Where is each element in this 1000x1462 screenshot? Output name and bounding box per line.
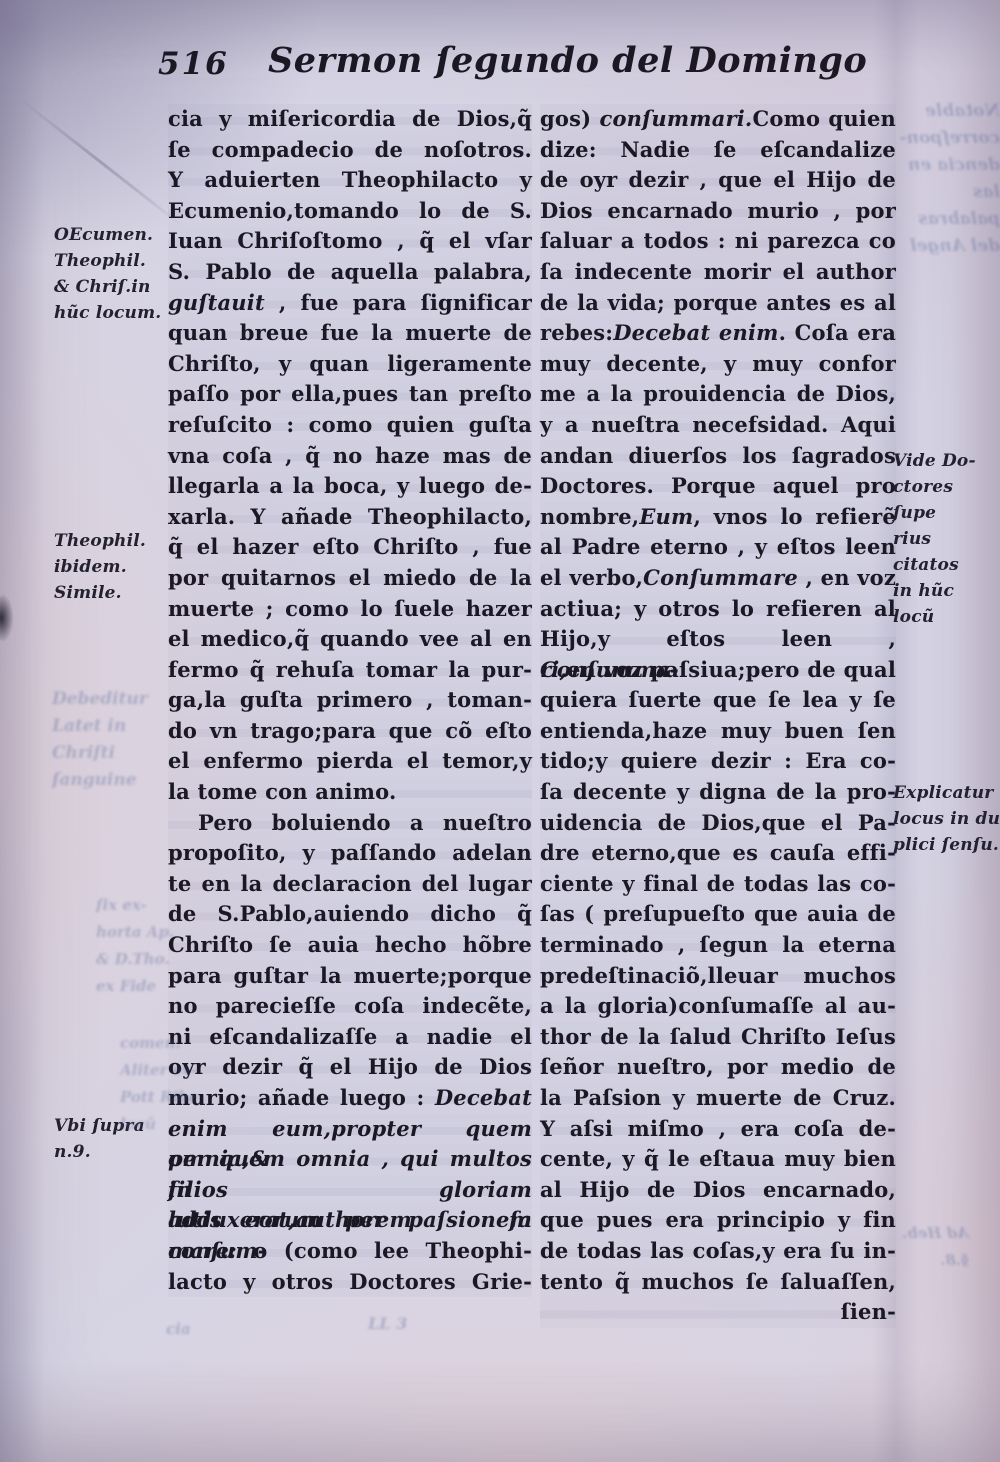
margin-note: Theophil.ibidem.Simile. bbox=[54, 528, 166, 606]
text-line: cente, y q̃ le eſtaua muy bien bbox=[540, 1144, 896, 1175]
text-line: de todas las coſas,y era ſu in- bbox=[540, 1236, 896, 1267]
text-segment: para guſtar la muerte;porque bbox=[168, 963, 532, 988]
text-line: ſeñor nueſtro, por medio de bbox=[540, 1052, 896, 1083]
text-line: terminado , ſegun la eterna bbox=[540, 930, 896, 961]
text-line: lutis eorum per paſsionem conſum- bbox=[168, 1205, 532, 1236]
text-segment: q̃ el hazer eſto Chriſto , fue bbox=[168, 534, 532, 559]
text-segment: ſa decente y digna de la pro- bbox=[540, 779, 896, 804]
text-line: ſas ( preſupueſto que auia de bbox=[540, 899, 896, 930]
bleedthrough-text: LL 3 bbox=[368, 1310, 407, 1337]
margin-note-line: OEcumen. bbox=[54, 222, 166, 248]
text-line: muerte ; como lo ſuele hazer bbox=[168, 594, 532, 625]
text-line: y a nueſtra necefsidad. Aqui bbox=[540, 410, 896, 441]
text-line: actiua; y otros lo refieren al bbox=[540, 594, 896, 625]
text-segment: paſſo por ella,pues tan preſto bbox=[168, 381, 532, 406]
text-segment: dre eterno,que es cauſa effi- bbox=[540, 840, 896, 865]
text-segment: Pero boluiendo a nueſtro bbox=[198, 810, 532, 835]
text-segment: y a nueſtra necefsidad. Aqui bbox=[540, 412, 896, 437]
text-segment: propoſito, y paſſando adelan bbox=[168, 840, 532, 865]
text-line: mare: o (como lee Theophi- bbox=[168, 1236, 532, 1267]
text-line: guſtauit , fue para ſignificar bbox=[168, 288, 532, 319]
text-line: nombre,Eum, vnos lo refierẽ bbox=[540, 502, 896, 533]
text-segment: Doctores. Porque aquel pro bbox=[540, 473, 896, 498]
text-segment: vna coſa , q̃ no haze mas de bbox=[168, 443, 532, 468]
text-segment: murio; añade luego : bbox=[168, 1085, 435, 1110]
text-line: tento q̃ muchos ſe ſaluaſſen, bbox=[540, 1267, 896, 1298]
text-segment: a la gloria)conſumaſſe al au- bbox=[540, 993, 896, 1018]
margin-note-line: plici ſenſu. bbox=[893, 832, 1000, 858]
text-segment: ga,la guſta primero , toman- bbox=[168, 687, 532, 712]
bleedthrough-line: ſix ex- bbox=[96, 892, 174, 919]
text-line: thor de la ſalud Chriſto Ieſus bbox=[540, 1022, 896, 1053]
margin-note-line: in hũc locũ bbox=[893, 578, 1000, 630]
text-segment: S. Pablo de aquella palabra, bbox=[168, 259, 532, 284]
text-segment: nombre, bbox=[540, 504, 639, 529]
text-line: uidencia de Dios,que el Pa- bbox=[540, 808, 896, 839]
margin-note: OEcumen.Theophil.& Chriſ.inhũc locum. bbox=[54, 222, 166, 326]
text-segment: el verbo, bbox=[540, 565, 643, 590]
text-segment: que pues era principio y fin bbox=[540, 1207, 896, 1232]
text-line: Y aduierten Theophilacto y bbox=[168, 165, 532, 196]
text-segment: terminado , ſegun la eterna bbox=[540, 932, 896, 957]
text-segment: fermo q̃ rehuſa tomar la pur- bbox=[168, 657, 532, 682]
bleedthrough-line: horta Ap. bbox=[96, 919, 174, 946]
text-segment: gos) bbox=[540, 106, 599, 131]
text-line: el verbo,Conſummare , en voz bbox=[540, 563, 896, 594]
text-segment: Dios encarnado murio , por bbox=[540, 198, 896, 223]
text-line: paſſo por ella,pues tan preſto bbox=[168, 379, 532, 410]
text-segment: actiua; y otros lo refieren al bbox=[540, 596, 896, 621]
margin-note-line: Vbi ſupra bbox=[54, 1113, 166, 1139]
text-line: murio; añade luego : Decebat bbox=[168, 1083, 532, 1114]
text-segment: en voz paſsiua;pero de qual bbox=[567, 657, 896, 682]
text-segment: entienda,haze muy buen ſen bbox=[540, 718, 896, 743]
text-line: gos) conſummari.Como quien bbox=[540, 104, 896, 135]
text-line: quan breue fue la muerte de bbox=[168, 318, 532, 349]
text-line: Dios encarnado murio , por bbox=[540, 196, 896, 227]
text-segment: llegarla a la boca, y luego de- bbox=[168, 473, 532, 498]
bleedthrough-line: Debeditur bbox=[52, 686, 148, 713]
text-line: de la vida; porque antes es al bbox=[540, 288, 896, 319]
text-segment: quiera ſuerte que ſe lea y ſe bbox=[540, 687, 896, 712]
text-segment: muy decente, y muy confor bbox=[540, 351, 896, 376]
bleedthrough-text: ſix ex-horta Ap.& D.Tho.ex Fide bbox=[96, 892, 174, 1000]
text-segment: ſas ( preſupueſto que auia de bbox=[540, 901, 896, 926]
text-line: para guſtar la muerte;porque bbox=[168, 961, 532, 992]
book-page-scan: 516 Sermon ſegundo del Domingo cia y miſ… bbox=[0, 0, 1000, 1462]
text-segment: me a la prouidencia de Dios, bbox=[540, 381, 896, 406]
text-line: a la gloria)conſumaſſe al au- bbox=[540, 991, 896, 1022]
text-line: reſuſcito : como quien guſta bbox=[168, 410, 532, 441]
text-segment: do vn trago;para que cõ eſto bbox=[168, 718, 532, 743]
text-segment: de todas las coſas,y era ſu in- bbox=[540, 1238, 896, 1263]
text-segment: por quitarnos el miedo de la bbox=[168, 565, 532, 590]
latin-italic-segment: Decebat enim bbox=[613, 320, 778, 345]
latin-italic-segment: Conſummare bbox=[643, 565, 798, 590]
text-line: do vn trago;para que cõ eſto bbox=[168, 716, 532, 747]
margin-note-line: rius citatos bbox=[893, 526, 1000, 578]
text-segment: , en voz bbox=[798, 565, 896, 590]
text-segment: ciente y final de todas las co- bbox=[540, 871, 896, 896]
text-line: muy decente, y muy confor bbox=[540, 349, 896, 380]
text-segment: ſeñor nueſtro, por medio de bbox=[540, 1054, 896, 1079]
bleedthrough-line: Latet in bbox=[52, 713, 148, 740]
text-segment: Iuan Chriſoſtomo , q̃ el vſar bbox=[168, 228, 532, 253]
page-number: 516 bbox=[158, 46, 229, 82]
text-segment: . Coſa era bbox=[779, 320, 896, 345]
bleedthrough-line: ex Fide bbox=[96, 973, 174, 1000]
text-segment: o (como lee Theophi- bbox=[237, 1238, 532, 1263]
text-line: ri,en voz paſsiua;pero de qual bbox=[540, 655, 896, 686]
margin-note-line: hũc locum. bbox=[54, 300, 166, 326]
bleedthrough-line: LL 3 bbox=[368, 1310, 407, 1337]
ink-blot bbox=[0, 593, 14, 643]
text-line: ſa indecente morir el author bbox=[540, 257, 896, 288]
margin-note-line: locus in du bbox=[893, 806, 1000, 832]
text-line: andan diuerſos los ſagrados bbox=[540, 441, 896, 472]
latin-italic-segment: mare: bbox=[168, 1238, 237, 1263]
column-right: gos) conſummari.Como quiendize: Nadie ſe… bbox=[540, 104, 896, 1328]
margin-note-line: Vide Do- bbox=[893, 448, 1000, 474]
latin-italic-segment: guſtauit bbox=[168, 290, 265, 315]
text-line: Pero boluiendo a nueſtro bbox=[168, 808, 532, 839]
catchword-line: ſien- bbox=[540, 1297, 896, 1328]
text-line: la tome con animo. bbox=[168, 777, 532, 808]
text-line: al Padre eterno , y eſtos leen bbox=[540, 532, 896, 563]
text-segment: ſaluar a todos : ni parezca co bbox=[540, 228, 896, 253]
text-line: ſe compadecio de noſotros. bbox=[168, 135, 532, 166]
margin-note-line: Theophil. bbox=[54, 528, 166, 554]
margin-note: Vide Do-ctores ſuperius citatosin hũc lo… bbox=[893, 448, 1000, 630]
text-segment: uidencia de Dios,que el Pa- bbox=[540, 810, 896, 835]
text-line: dize: Nadie ſe eſcandalize bbox=[540, 135, 896, 166]
latin-italic-segment: Decebat bbox=[435, 1085, 532, 1110]
text-segment: Hijo,y eſtos leen , bbox=[540, 626, 896, 651]
text-line: propoſito, y paſſando adelan bbox=[168, 838, 532, 869]
text-line: xarla. Y añade Theophilacto, bbox=[168, 502, 532, 533]
text-line: lacto y otros Doctores Grie- bbox=[168, 1267, 532, 1298]
text-line: que pues era principio y fin bbox=[540, 1205, 896, 1236]
text-line: Hijo,y eſtos leen , Conſumma- bbox=[540, 624, 896, 655]
text-line: ſaluar a todos : ni parezca co bbox=[540, 226, 896, 257]
text-segment: cia y miſericordia de Dios,q̃ bbox=[168, 106, 532, 131]
text-segment: el medico,q̃ quando vee al en bbox=[168, 626, 532, 651]
text-segment: de S.Pablo,auiendo dicho q̃ bbox=[168, 901, 532, 926]
text-line: S. Pablo de aquella palabra, bbox=[168, 257, 532, 288]
bleedthrough-text: DebediturLatet inChriſtiſanguine bbox=[52, 686, 148, 794]
text-segment: Y aduierten Theophilacto y bbox=[168, 167, 532, 192]
text-line: ſa decente y digna de la pro- bbox=[540, 777, 896, 808]
text-segment: , vnos lo refierẽ bbox=[693, 504, 896, 529]
text-line: llegarla a la boca, y luego de- bbox=[168, 471, 532, 502]
text-line: el medico,q̃ quando vee al en bbox=[168, 624, 532, 655]
text-segment: Ecumenio,tomando lo de S. bbox=[168, 198, 532, 223]
text-line: vna coſa , q̃ no haze mas de bbox=[168, 441, 532, 472]
text-segment: , fue para ſignificar bbox=[265, 290, 532, 315]
text-segment: xarla. Y añade Theophilacto, bbox=[168, 504, 532, 529]
margin-note-line: ctores ſupe bbox=[893, 474, 1000, 526]
text-line: oyr dezir q̃ el Hijo de Dios bbox=[168, 1052, 532, 1083]
text-line: enim eum,propter quem omnia,& bbox=[168, 1114, 532, 1145]
text-segment: rebes: bbox=[540, 320, 613, 345]
text-segment: la Paſsion y muerte de Cruz. bbox=[540, 1085, 896, 1110]
text-segment: reſuſcito : como quien guſta bbox=[168, 412, 532, 437]
text-line: te en la declaracion del lugar bbox=[168, 869, 532, 900]
bleedthrough-line: Chriſti bbox=[52, 740, 148, 767]
text-line: Chriſto, y quan ligeramente bbox=[168, 349, 532, 380]
text-segment: Chriſto ſe auia hecho hõbre bbox=[168, 932, 532, 957]
text-segment: ſe compadecio de noſotros. bbox=[168, 137, 532, 162]
page-title: Sermon ſegundo del Domingo bbox=[268, 40, 828, 81]
margin-note-line: n.9. bbox=[54, 1139, 166, 1165]
text-segment: de la vida; porque antes es al bbox=[540, 290, 896, 315]
latin-italic-segment: Eum bbox=[639, 504, 693, 529]
text-segment: dize: Nadie ſe eſcandalize bbox=[540, 137, 896, 162]
paper-crease bbox=[17, 96, 184, 228]
text-line: ni eſcandalizaſſe a nadie el bbox=[168, 1022, 532, 1053]
text-segment: al Hijo de Dios encarnado, bbox=[540, 1177, 896, 1202]
text-segment: muerte ; como lo ſuele hazer bbox=[168, 596, 532, 621]
text-line: ga,la guſta primero , toman- bbox=[168, 685, 532, 716]
text-segment: lacto y otros Doctores Grie- bbox=[168, 1269, 532, 1294]
bleedthrough-line: cia bbox=[166, 1316, 191, 1343]
text-segment: thor de la ſalud Chriſto Ieſus bbox=[540, 1024, 896, 1049]
text-segment: ni eſcandalizaſſe a nadie el bbox=[168, 1024, 532, 1049]
text-line: Ecumenio,tomando lo de S. bbox=[168, 196, 532, 227]
text-line: fermo q̃ rehuſa tomar la pur- bbox=[168, 655, 532, 686]
text-line: ciente y final de todas las co- bbox=[540, 869, 896, 900]
margin-note-line: & Chriſ.in bbox=[54, 274, 166, 300]
text-line: tido;y quiere dezir : Era co- bbox=[540, 746, 896, 777]
text-segment: Y aſsi miſmo , era coſa de- bbox=[540, 1116, 896, 1141]
text-segment: tento q̃ muchos ſe ſaluaſſen, bbox=[540, 1269, 896, 1294]
text-segment: te en la declaracion del lugar bbox=[168, 871, 532, 896]
text-line: rebes:Decebat enim. Coſa era bbox=[540, 318, 896, 349]
text-segment: tido;y quiere dezir : Era co- bbox=[540, 748, 896, 773]
latin-italic-segment: ri, bbox=[540, 657, 567, 682]
text-line: Chriſto ſe auia hecho hõbre bbox=[168, 930, 532, 961]
text-line: Y aſsi miſmo , era coſa de- bbox=[540, 1114, 896, 1145]
column-left: cia y miſericordia de Dios,q̃ſe compadec… bbox=[168, 104, 532, 1297]
text-line: dre eterno,que es cauſa effi- bbox=[540, 838, 896, 869]
text-line: Iuan Chriſoſtomo , q̃ el vſar bbox=[168, 226, 532, 257]
text-line: Doctores. Porque aquel pro bbox=[540, 471, 896, 502]
text-line: entienda,haze muy buen ſen bbox=[540, 716, 896, 747]
text-segment: oyr dezir q̃ el Hijo de Dios bbox=[168, 1054, 532, 1079]
margin-note: Explicaturlocus in duplici ſenſu. bbox=[893, 780, 1000, 858]
text-line: cia y miſericordia de Dios,q̃ bbox=[168, 104, 532, 135]
text-segment: ſa indecente morir el author bbox=[540, 259, 896, 284]
text-segment: quan breue fue la muerte de bbox=[168, 320, 532, 345]
bleedthrough-line: & D.Tho. bbox=[96, 946, 174, 973]
text-line: me a la prouidencia de Dios, bbox=[540, 379, 896, 410]
text-segment: la tome con animo. bbox=[168, 779, 397, 804]
text-segment: andan diuerſos los ſagrados bbox=[540, 443, 896, 468]
text-segment: de oyr dezir , que el Hijo de bbox=[540, 167, 896, 192]
text-line: al Hijo de Dios encarnado, bbox=[540, 1175, 896, 1206]
text-line: predeſtinaciõ,lleuar muchos bbox=[540, 961, 896, 992]
text-line: in gloriam adduxerat,authorem ſa bbox=[168, 1175, 532, 1206]
latin-italic-segment: conſummari. bbox=[599, 106, 752, 131]
text-segment: ſien- bbox=[841, 1299, 896, 1324]
text-line: no parecieſſe coſa indecẽte, bbox=[168, 991, 532, 1022]
text-segment: el enfermo pierda el temor,y bbox=[168, 748, 532, 773]
text-line: per quem omnia , qui multos filios bbox=[168, 1144, 532, 1175]
margin-note: Vbi ſupran.9. bbox=[54, 1113, 166, 1165]
text-line: de oyr dezir , que el Hijo de bbox=[540, 165, 896, 196]
text-line: quiera ſuerte que ſe lea y ſe bbox=[540, 685, 896, 716]
text-segment: cente, y q̃ le eſtaua muy bien bbox=[540, 1146, 896, 1171]
text-segment: Como quien bbox=[752, 106, 896, 131]
margin-note-line: Simile. bbox=[54, 580, 166, 606]
margin-note-line: Explicatur bbox=[893, 780, 1000, 806]
bleedthrough-line: ſanguine bbox=[52, 767, 148, 794]
text-segment: no parecieſſe coſa indecẽte, bbox=[168, 993, 532, 1018]
text-line: q̃ el hazer eſto Chriſto , fue bbox=[168, 532, 532, 563]
text-line: el enfermo pierda el temor,y bbox=[168, 746, 532, 777]
text-line: por quitarnos el miedo de la bbox=[168, 563, 532, 594]
text-segment: Chriſto, y quan ligeramente bbox=[168, 351, 532, 376]
text-segment: al Padre eterno , y eſtos leen bbox=[540, 534, 896, 559]
bleedthrough-text: cia bbox=[166, 1316, 191, 1343]
text-line: de S.Pablo,auiendo dicho q̃ bbox=[168, 899, 532, 930]
text-segment: predeſtinaciõ,lleuar muchos bbox=[540, 963, 896, 988]
margin-note-line: Theophil. bbox=[54, 248, 166, 274]
margin-note-line: ibidem. bbox=[54, 554, 166, 580]
text-line: la Paſsion y muerte de Cruz. bbox=[540, 1083, 896, 1114]
